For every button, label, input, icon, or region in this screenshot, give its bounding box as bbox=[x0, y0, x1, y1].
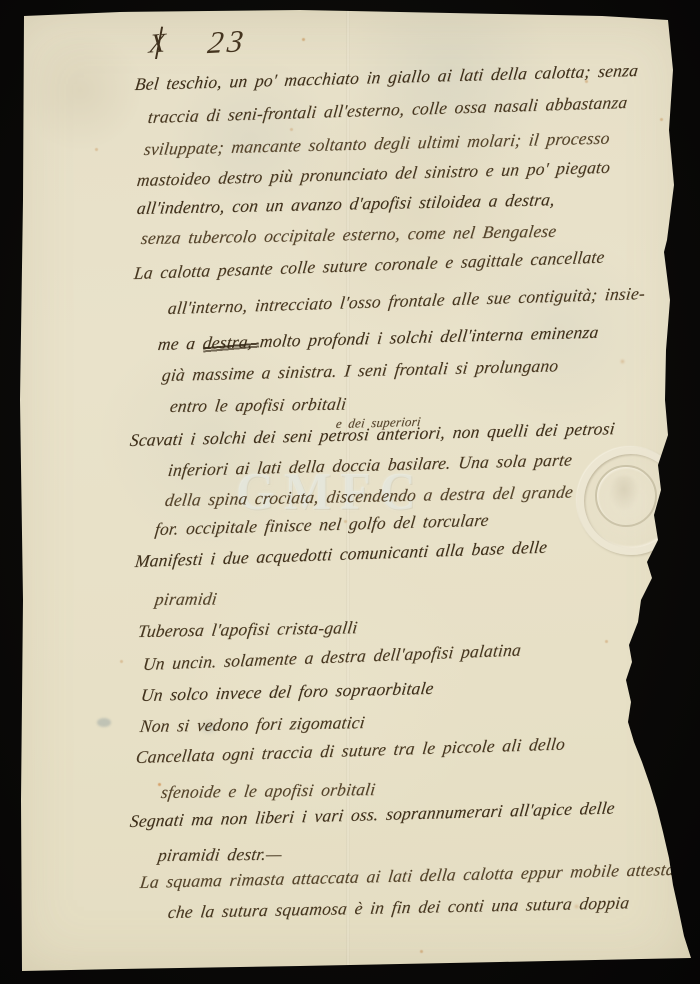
manuscript-line: all'indentro, con un avanzo d'apofisi st… bbox=[136, 191, 556, 217]
manuscript-line: che la sutura squamosa è in fin dei cont… bbox=[167, 894, 630, 921]
manuscript-line: traccia di seni-frontali all'esterno, co… bbox=[147, 94, 628, 127]
manuscript-line: inferiori ai lati della doccia basilare.… bbox=[167, 451, 573, 479]
manuscript-line: sfenoide e le apofisi orbitali bbox=[160, 781, 377, 802]
manuscript-page: GMFC X 23 Bel teschio, un po' macchiato … bbox=[0, 0, 700, 984]
manuscript-line: Un solco invece del foro sopraorbitale bbox=[140, 680, 435, 705]
manuscript-line: Segnati ma non liberi i vari oss. sopran… bbox=[129, 799, 616, 830]
manuscript-line: Cancellata ogni traccia di suture tra le… bbox=[135, 735, 566, 766]
manuscript-line: La calotta pesante colle suture coronale… bbox=[133, 249, 605, 283]
manuscript-line: for. occipitale finisce nel golfo del to… bbox=[154, 512, 490, 539]
manuscript-line: La squama rimasta attaccata ai lati dell… bbox=[139, 861, 676, 892]
manuscript-line: piramidi bbox=[154, 590, 218, 608]
manuscript-line: Bel teschio, un po' macchiato in giallo … bbox=[134, 62, 639, 94]
manuscript-line: Un uncin. solamente a destra dell'apofis… bbox=[142, 641, 522, 673]
manuscript-line: della spina crociata, discendendo a dest… bbox=[164, 483, 574, 509]
manuscript-line: Manifesti i due acquedotti comunicanti a… bbox=[134, 539, 548, 571]
manuscript-text-layer: Bel teschio, un po' macchiato in giallo … bbox=[0, 0, 700, 984]
manuscript-line: mastoideo destro più pronunciato del sin… bbox=[136, 159, 611, 190]
foxing-spots bbox=[0, 0, 3, 3]
manuscript-line: già massime a sinistra. I seni frontali … bbox=[161, 357, 559, 384]
manuscript-line: Tuberosa l'apofisi crista-galli bbox=[137, 619, 359, 640]
manuscript-line: senza tubercolo occipitale esterno, come… bbox=[140, 223, 558, 248]
manuscript-line: piramidi destr.— bbox=[157, 846, 283, 865]
manuscript-line: Non si vedono fori zigomatici bbox=[139, 714, 366, 735]
manuscript-line: all'interno, intrecciato l'osso frontale… bbox=[167, 285, 646, 318]
manuscript-line: Scavati i solchi dei seni petrosi anteri… bbox=[129, 420, 616, 449]
manuscript-line: sviluppate; mancante soltanto degli ulti… bbox=[143, 130, 611, 159]
scan-background: GMFC X 23 Bel teschio, un po' macchiato … bbox=[0, 0, 700, 984]
manuscript-line: entro le apofisi orbitali bbox=[169, 396, 347, 416]
